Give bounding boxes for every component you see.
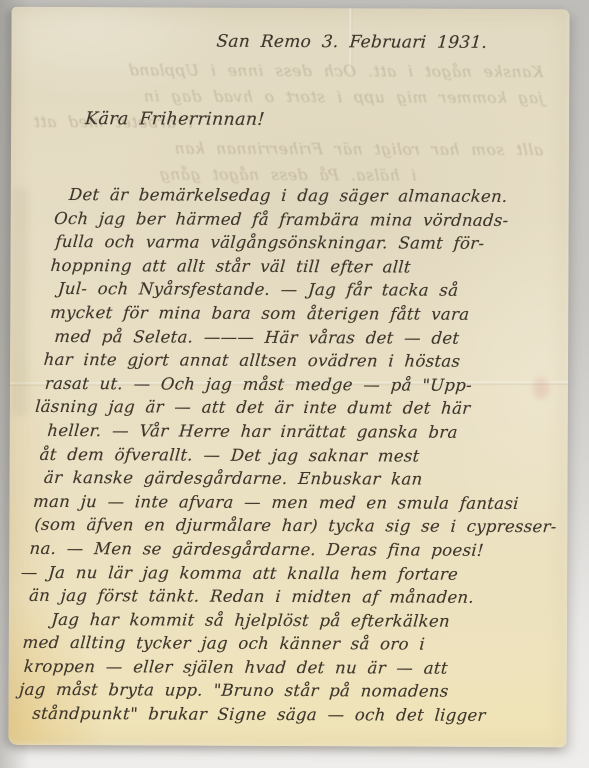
handwriting-line: är kanske gärdesgårdarne. Enbuskar kan xyxy=(43,466,550,492)
handwriting-line: läsning jag är — att det är inte dumt de… xyxy=(34,395,555,421)
handwriting-line: Jag har kommit så hjelplöst på efterkälk… xyxy=(51,608,540,634)
handwriting-line: hoppning att allt står väl till efter al… xyxy=(50,254,566,280)
letter-body: Det är bemärkelsedag i dag säger almanac… xyxy=(17,183,571,728)
handwriting-line: med på Seleta. ——— Här våras det — det xyxy=(54,325,561,351)
handwriting-line: man ju — inte afvara — men med en smula … xyxy=(32,490,548,516)
letter-page: Kanske något i att. Och dess inne i Uppl… xyxy=(8,7,569,747)
handwriting-line: (som äfven en djurmålare har) tycka sig … xyxy=(34,513,547,539)
handwriting-line: åt dem öfverallt. — Det jag saknar mest xyxy=(39,442,552,468)
salutation: Kära Friherrinnan! xyxy=(84,109,265,130)
bleedthrough-line: allt som har roligt när Friherrinnan kan xyxy=(32,135,544,163)
handwriting-line: na. — Men se gärdesgårdarne. Deras fina … xyxy=(29,537,545,563)
handwriting-line: heller. — Vår Herre har inrättat ganska … xyxy=(47,419,554,445)
bleedthrough-smudge xyxy=(12,187,29,417)
bleedthrough-line: jag kommer mig upp i stort o hvad dag in xyxy=(32,83,544,111)
letter-photograph: Kanske något i att. Och dess inne i Uppl… xyxy=(0,0,589,768)
handwriting-line: — Ja nu lär jag komma att knalla hem for… xyxy=(20,560,543,586)
date-line: San Remo 3. Februari 1931. xyxy=(216,32,488,53)
handwriting-line: mycket för mina bara som återigen fått v… xyxy=(49,301,562,327)
handwriting-line: Jul- och Nyårsfestande. — Jag får tacka … xyxy=(57,277,564,303)
handwriting-line: jag måst bryta upp. "Bruno står på nomad… xyxy=(18,678,534,704)
handwriting-line: ståndpunkt" brukar Signe säga — och det … xyxy=(32,702,533,728)
handwriting-line: Och jag ber härmed få frambära mina vörd… xyxy=(53,207,569,233)
handwriting-line: rasat ut. — Och jag måst medge — på "Upp… xyxy=(44,372,557,398)
handwriting-line: Det är bemärkelsedag i dag säger almanac… xyxy=(68,183,571,209)
handwriting-line: med allting tycker jag och känner så oro… xyxy=(22,631,538,657)
handwriting-line: kroppen — eller själen hvad det nu är — … xyxy=(23,655,536,681)
handwriting-line: fulla och varma välgångsönskningar. Samt… xyxy=(55,230,568,256)
handwriting-line: har inte gjort annat alltsen ovädren i h… xyxy=(43,348,559,374)
handwriting-line: än jag först tänkt. Redan i midten af må… xyxy=(28,584,541,610)
bleedthrough-line: Kanske något i att. Och dess inne i Uppl… xyxy=(32,57,544,85)
